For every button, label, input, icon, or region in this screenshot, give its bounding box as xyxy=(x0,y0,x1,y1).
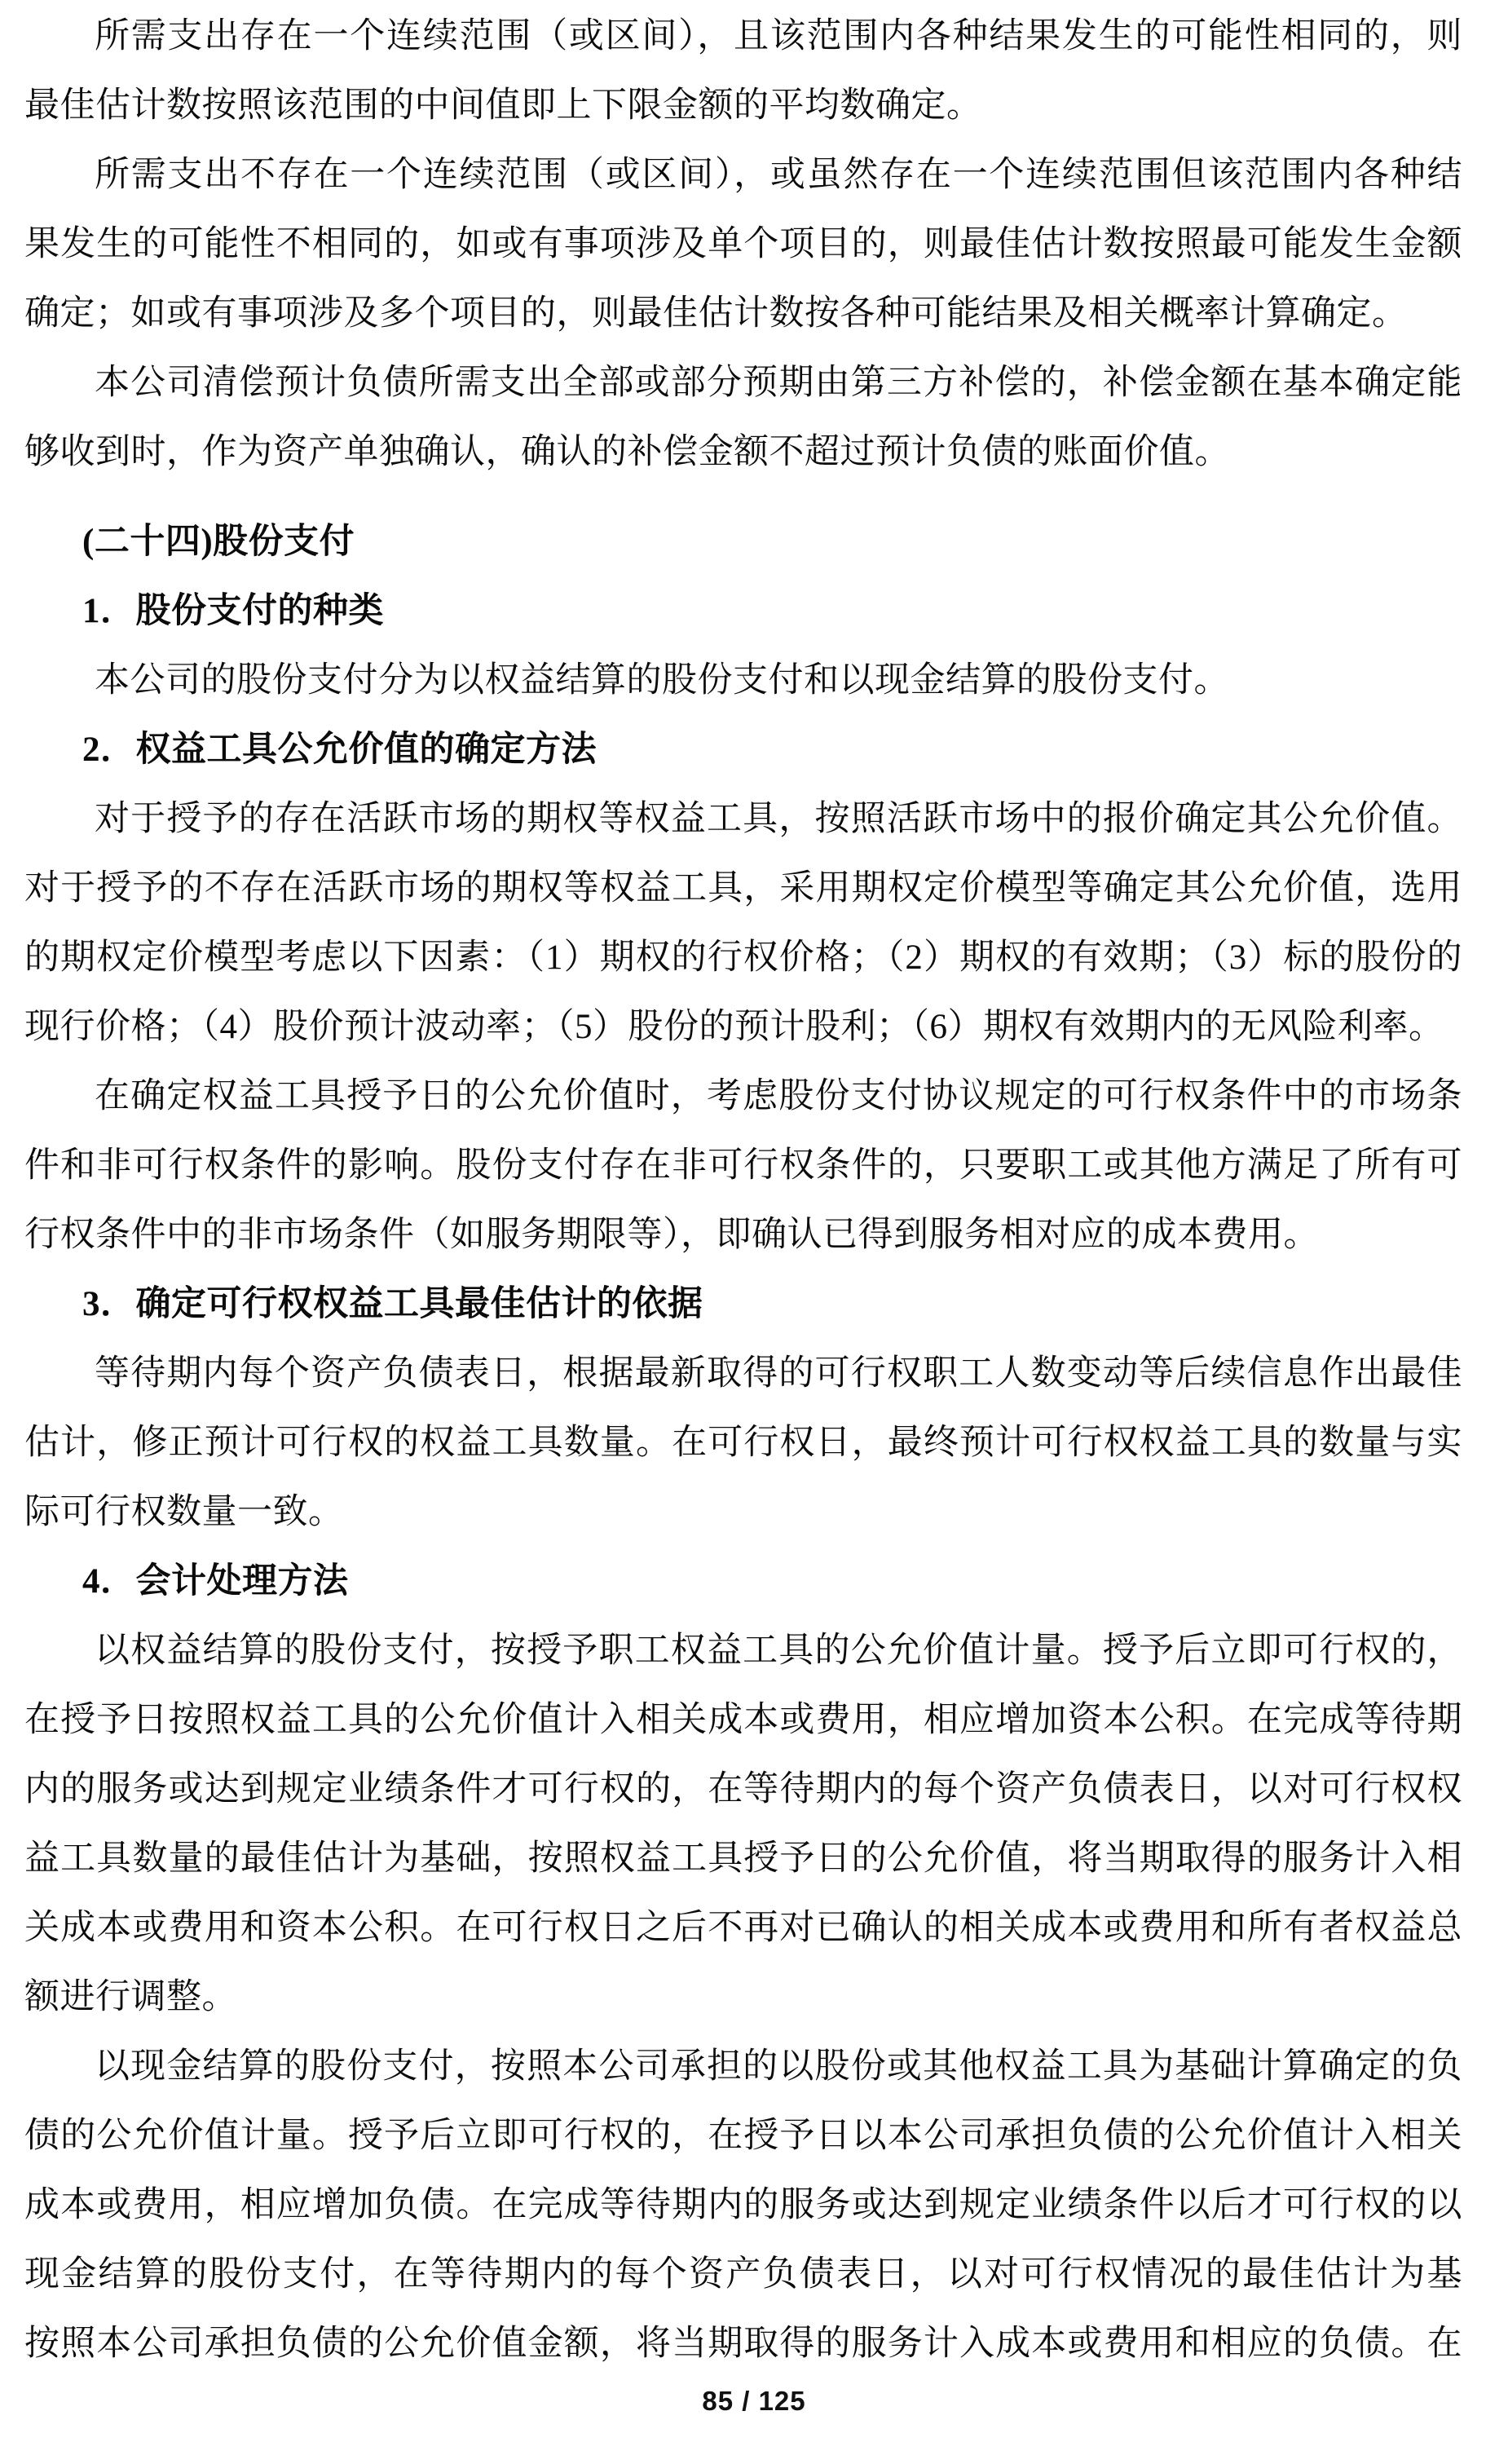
text-line: 所需支出存在一个连续范围（或区间），且该范围内各种结果发生的可能性相同的，则 xyxy=(24,2,1462,71)
text-line: 际可行权数量一致。 xyxy=(24,1477,1462,1547)
text-line: 行权条件中的非市场条件（如服务期限等），即确认已得到服务相对应的成本费用。 xyxy=(24,1200,1462,1270)
text-line: 对于授予的存在活跃市场的期权等权益工具，按照活跃市场中的报价确定其公允价值。 xyxy=(24,784,1462,854)
document-page: 所需支出存在一个连续范围（或区间），且该范围内各种结果发生的可能性相同的，则最佳… xyxy=(0,0,1508,2464)
text-line: 益工具数量的最佳估计为基础，按照权益工具授予日的公允价值，将当期取得的服务计入相 xyxy=(24,1824,1462,1893)
text-line: 等待期内每个资产负债表日，根据最新取得的可行权职工人数变动等后续信息作出最佳 xyxy=(24,1339,1462,1408)
text-line: 关成本或费用和资本公积。在可行权日之后不再对已确认的相关成本或费用和所有者权益总 xyxy=(24,1893,1462,1963)
text-line: 按照本公司承担负债的公允价值金额，将当期取得的服务计入成本或费用和相应的负债。在 xyxy=(24,2309,1462,2378)
section-heading: (二十四)股份支付 xyxy=(24,507,1462,576)
text-line: 确定；如或有事项涉及多个项目的，则最佳估计数按各种可能结果及相关概率计算确定。 xyxy=(24,279,1462,348)
text-line: 额进行调整。 xyxy=(24,1963,1462,2032)
text-line: 本公司的股份支付分为以权益结算的股份支付和以现金结算的股份支付。 xyxy=(24,646,1462,715)
text-line: 在确定权益工具授予日的公允价值时，考虑股份支付协议规定的可行权条件中的市场条 xyxy=(24,1062,1462,1131)
text-line: 成本或费用，相应增加负债。在完成等待期内的服务或达到规定业绩条件以后才可行权的以 xyxy=(24,2170,1462,2240)
document-lines: 所需支出存在一个连续范围（或区间），且该范围内各种结果发生的可能性相同的，则最佳… xyxy=(0,0,1508,2378)
text-line: 估计，修正预计可行权的权益工具数量。在可行权日，最终预计可行权权益工具的数量与实 xyxy=(24,1408,1462,1477)
text-line: 债的公允价值计量。授予后立即可行权的，在授予日以本公司承担负债的公允价值计入相关 xyxy=(24,2101,1462,2170)
text-line: 果发生的可能性不相同的，如或有事项涉及单个项目的，则最佳估计数按照最可能发生金额 xyxy=(24,210,1462,279)
text-line: 够收到时，作为资产单独确认，确认的补偿金额不超过预计负债的账面价值。 xyxy=(24,417,1462,487)
section-heading: 4．会计处理方法 xyxy=(24,1547,1462,1616)
section-heading: 1．股份支付的种类 xyxy=(24,576,1462,646)
text-line: 以权益结算的股份支付，按授予职工权益工具的公允价值计量。授予后立即可行权的， xyxy=(24,1616,1462,1685)
text-line: 现金结算的股份支付，在等待期内的每个资产负债表日，以对可行权情况的最佳估计为基础… xyxy=(24,2240,1462,2309)
text-line: 件和非可行权条件的影响。股份支付存在非可行权条件的，只要职工或其他方满足了所有可 xyxy=(24,1131,1462,1200)
text-line: 对于授予的不存在活跃市场的期权等权益工具，采用期权定价模型等确定其公允价值，选用 xyxy=(24,854,1462,923)
text-line: 所需支出不存在一个连续范围（或区间），或虽然存在一个连续范围但该范围内各种结 xyxy=(24,140,1462,210)
text-line: 现行价格；（4）股价预计波动率；（5）股份的预计股利；（6）期权有效期内的无风险… xyxy=(24,992,1462,1062)
text-line: 内的服务或达到规定业绩条件才可行权的，在等待期内的每个资产负债表日，以对可行权权 xyxy=(24,1755,1462,1824)
text-line: 在授予日按照权益工具的公允价值计入相关成本或费用，相应增加资本公积。在完成等待期 xyxy=(24,1685,1462,1755)
section-heading: 2．权益工具公允价值的确定方法 xyxy=(24,715,1462,784)
page-number-indicator: 85 / 125 xyxy=(0,2385,1508,2418)
text-line: 最佳估计数按照该范围的中间值即上下限金额的平均数确定。 xyxy=(24,71,1462,140)
text-line: 的期权定价模型考虑以下因素：（1）期权的行权价格；（2）期权的有效期；（3）标的… xyxy=(24,923,1462,992)
text-line: 本公司清偿预计负债所需支出全部或部分预期由第三方补偿的，补偿金额在基本确定能 xyxy=(24,348,1462,417)
text-line: 以现金结算的股份支付，按照本公司承担的以股份或其他权益工具为基础计算确定的负 xyxy=(24,2032,1462,2101)
section-heading: 3．确定可行权权益工具最佳估计的依据 xyxy=(24,1270,1462,1339)
